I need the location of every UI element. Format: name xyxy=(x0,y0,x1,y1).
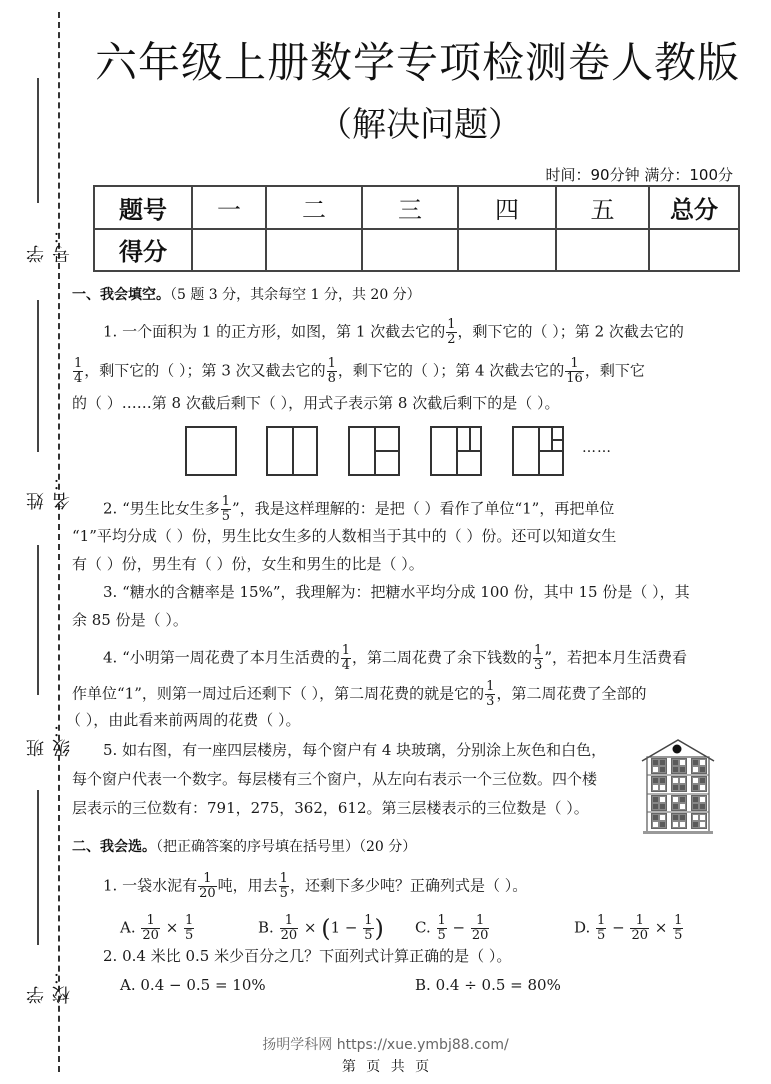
class-line xyxy=(37,545,39,695)
cut-line xyxy=(58,12,60,1072)
student-id-label: 学号： xyxy=(24,213,52,263)
score-cell-5[interactable] xyxy=(556,229,649,272)
window-pane xyxy=(699,796,706,803)
text: ，还剩下多少吨？正确列式是（ ）。 xyxy=(290,877,527,895)
denominator: 3 xyxy=(485,695,495,709)
s1-q5-line-2: 每个窗户代表一个数字。每层楼有三个窗户，从左向右表示一个三位数。四个楼 xyxy=(72,769,597,789)
option-label: A. xyxy=(120,976,136,994)
score-cell-total[interactable] xyxy=(649,229,739,272)
s1-q1-line-3: 的（ ）……第 8 次截后剩下（ ），用式子表示第 8 次截后剩下的是（ ）。 xyxy=(72,393,559,413)
window-pane xyxy=(699,777,706,784)
s1-q1-line-2: 14，剩下它的（ ）；第 3 次又截去它的18，剩下它的（ ）；第 4 次截去它… xyxy=(72,357,645,386)
score-cell-1[interactable] xyxy=(192,229,266,272)
numerator: 1 xyxy=(673,914,683,929)
denominator: 5 xyxy=(437,929,447,943)
text: 4. “小明第一周花费了本月生活费的 xyxy=(103,649,340,667)
fraction: 120 xyxy=(630,914,649,943)
s2-q2-option-a[interactable]: A. 0.4 − 0.5 = 10% xyxy=(120,975,266,995)
window-pane xyxy=(679,814,686,821)
text: ，剩下它的（ ）；第 2 次截去它的 xyxy=(458,323,684,341)
window-pane xyxy=(692,796,699,803)
fraction-1-3: 13 xyxy=(485,680,495,709)
section-2-number: 二、 xyxy=(72,839,100,855)
window-pane xyxy=(659,821,666,828)
denominator: 8 xyxy=(327,372,337,386)
fraction-1-4: 14 xyxy=(341,644,351,673)
text: 1. 一个面积为 1 的正方形，如图，第 1 次截去它的 xyxy=(103,323,445,341)
s1-q3-line-2: 余 85 份是（ ）。 xyxy=(72,610,188,630)
numerator: 1 xyxy=(280,914,299,929)
header-cell-3: 三 xyxy=(362,186,458,229)
denominator: 2 xyxy=(446,333,456,347)
denominator: 5 xyxy=(673,929,683,943)
header-cell-1: 一 xyxy=(192,186,266,229)
fraction-1-8: 18 xyxy=(327,357,337,386)
text: ，剩下它 xyxy=(585,362,645,380)
school-label: 学校： xyxy=(24,952,52,1004)
fraction: 15 xyxy=(363,914,373,943)
class-field[interactable]: 班级： xyxy=(22,545,52,760)
student-id-line xyxy=(37,78,39,203)
text: 2. “男生比女生多 xyxy=(103,500,220,518)
section-2-title: 我会选。 xyxy=(100,839,156,855)
window-pane xyxy=(652,777,659,784)
header-cell-total: 总分 xyxy=(649,186,739,229)
numerator: 1 xyxy=(630,914,649,929)
window-pane xyxy=(679,821,686,828)
s2-q2-option-b[interactable]: B. 0.4 ÷ 0.5 = 80% xyxy=(415,975,561,995)
section-1-heading: 一、我会填空。（5 题 3 分，其余每空 1 分，共 20 分） xyxy=(72,284,421,304)
denominator: 3 xyxy=(533,659,543,673)
window-pane xyxy=(652,759,659,766)
s2-q1-option-d[interactable]: D. 15 − 120 × 15 xyxy=(574,914,684,943)
numerator: 1 xyxy=(341,644,351,659)
window-pane xyxy=(652,796,659,803)
denominator: 5 xyxy=(363,929,373,943)
s2-q1-option-a[interactable]: A. 120 × 15 xyxy=(120,914,195,943)
building-window xyxy=(671,758,687,774)
window-pane xyxy=(699,814,706,821)
footer-url: 扬明学科网 https://xue.ymbj88.com/ xyxy=(0,1034,771,1054)
text: ，第二周花费了余下钱数的 xyxy=(352,649,532,667)
option-label: B. xyxy=(415,976,431,994)
s1-q2-line-1: 2. “男生比女生多15”，我是这样理解的：是把（ ）看作了单位“1”，再把单位 xyxy=(103,495,614,524)
s1-q2-line-2: “1”平均分成（ ）份，男生比女生多的人数相当于其中的（ ）份。还可以知道女生 xyxy=(72,526,616,546)
s1-q3-line-1: 3. “糖水的含糖率是 15%”，我理解为：把糖水平均分成 100 份，其中 1… xyxy=(103,582,690,602)
score-cell-2[interactable] xyxy=(266,229,362,272)
header-cell-5: 五 xyxy=(556,186,649,229)
window-pane xyxy=(659,814,666,821)
numerator: 1 xyxy=(565,357,584,372)
window-pane xyxy=(692,784,699,791)
s1-q5-line-3: 层表示的三位数有：791，275，362，612。第三层楼表示的三位数是（ ）。 xyxy=(72,798,589,818)
window-pane xyxy=(659,784,666,791)
option-label: D. xyxy=(574,919,590,937)
header-cell-2: 二 xyxy=(266,186,362,229)
denominator: 4 xyxy=(341,659,351,673)
s1-q2-line-3: 有（ ）份，男生有（ ）份，女生和男生的比是（ ）。 xyxy=(72,554,424,574)
section-1-note: （5 题 3 分，其余每空 1 分，共 20 分） xyxy=(170,287,421,303)
text: 作单位“1”，则第一周过后还剩下（ ），第二周花费的就是它的 xyxy=(72,685,484,703)
building-window xyxy=(691,813,707,829)
numerator: 1 xyxy=(471,914,490,929)
window-pane xyxy=(672,796,679,803)
fraction: 120 xyxy=(471,914,490,943)
window-pane xyxy=(659,759,666,766)
option-expr: 0.4 ÷ 0.5 = 80% xyxy=(436,976,561,994)
window-pane xyxy=(672,784,679,791)
window-pane xyxy=(652,814,659,821)
denominator: 20 xyxy=(471,929,490,943)
fraction: 120 xyxy=(280,914,299,943)
section-2-note: （把正确答案的序号填在括号里）（20 分） xyxy=(156,839,416,855)
window-pane xyxy=(692,777,699,784)
square-step-0 xyxy=(185,426,237,476)
class-label: 班级： xyxy=(24,705,52,757)
fraction: 15 xyxy=(673,914,683,943)
fraction-1-3: 13 xyxy=(533,644,543,673)
building-window xyxy=(651,813,667,829)
window-pane xyxy=(699,784,706,791)
window-pane xyxy=(692,766,699,773)
page-subtitle: （解决问题） xyxy=(300,97,540,146)
window-pane xyxy=(692,759,699,766)
window-pane xyxy=(659,803,666,810)
window-pane xyxy=(672,814,679,821)
window-pane xyxy=(679,784,686,791)
s2-q2-line: 2. 0.4 米比 0.5 米少百分之几？下面列式计算正确的是（ ）。 xyxy=(103,946,511,966)
text: ，剩下它的（ ）；第 3 次又截去它的 xyxy=(84,362,325,380)
window-pane xyxy=(672,777,679,784)
denominator: 20 xyxy=(141,929,160,943)
fraction-1-4: 14 xyxy=(73,357,83,386)
fraction-1-2: 12 xyxy=(446,318,456,347)
s2-q1-line: 1. 一袋水泥有120吨，用去15，还剩下多少吨？正确列式是（ ）。 xyxy=(103,872,527,901)
numerator: 1 xyxy=(221,495,231,510)
window-pane xyxy=(679,777,686,784)
page-title: 六年级上册数学专项检测卷人教版 xyxy=(95,30,735,90)
student-name-line xyxy=(37,300,39,452)
window-pane xyxy=(672,821,679,828)
building-window xyxy=(671,795,687,811)
square-step-3 xyxy=(430,426,482,476)
fraction: 120 xyxy=(141,914,160,943)
window-pane xyxy=(659,766,666,773)
square-step-2 xyxy=(348,426,400,476)
window-pane xyxy=(699,759,706,766)
header-cell-question-no: 题号 xyxy=(94,186,192,229)
numerator: 1 xyxy=(437,914,447,929)
square-step-1 xyxy=(266,426,318,476)
time-info: 时间：90分钟 满分：100分 xyxy=(546,164,734,185)
window-pane xyxy=(699,766,706,773)
denominator: 5 xyxy=(184,929,194,943)
score-row-label: 得分 xyxy=(94,229,192,272)
window-pane xyxy=(672,766,679,773)
window-pane xyxy=(659,777,666,784)
numerator: 1 xyxy=(327,357,337,372)
option-label: C. xyxy=(415,919,431,937)
window-pane xyxy=(652,803,659,810)
s2-q1-option-c[interactable]: C. 15 − 120 xyxy=(415,914,490,943)
window-pane xyxy=(652,821,659,828)
numerator: 1 xyxy=(198,872,217,887)
section-1-title: 我会填空。 xyxy=(100,287,170,303)
fraction-1-5: 15 xyxy=(279,872,289,901)
numerator: 1 xyxy=(446,318,456,333)
student-name-label: 姓名： xyxy=(24,460,52,510)
text: ，剩下它的（ ）；第 4 次截去它的 xyxy=(338,362,564,380)
building-window xyxy=(691,795,707,811)
window-pane xyxy=(699,821,706,828)
window-pane xyxy=(652,766,659,773)
window-pane xyxy=(672,759,679,766)
window-pane xyxy=(679,803,686,810)
student-id-field[interactable]: 学号： xyxy=(22,78,52,258)
text: 1. 一袋水泥有 xyxy=(103,877,197,895)
building-window xyxy=(691,758,707,774)
window-pane xyxy=(692,814,699,821)
school-line xyxy=(37,790,39,945)
square-step-4 xyxy=(512,426,564,476)
denominator: 5 xyxy=(221,510,231,524)
text: 吨，用去 xyxy=(218,877,278,895)
score-cell-4[interactable] xyxy=(458,229,556,272)
building-window xyxy=(691,776,707,792)
building-window xyxy=(671,776,687,792)
option-label: B. xyxy=(258,919,274,937)
window-pane xyxy=(679,766,686,773)
building-window xyxy=(651,776,667,792)
figure-ellipsis: …… xyxy=(582,440,612,456)
s1-q4-line-1: 4. “小明第一周花费了本月生活费的14，第二周花费了余下钱数的13”，若把本月… xyxy=(103,644,687,673)
s1-q4-line-3: （ ），由此看来前两周的花费（ ）。 xyxy=(66,710,301,730)
building-window xyxy=(671,813,687,829)
fraction: 15 xyxy=(437,914,447,943)
score-cell-3[interactable] xyxy=(362,229,458,272)
section-1-number: 一、 xyxy=(72,287,100,303)
denominator: 5 xyxy=(596,929,606,943)
denominator: 5 xyxy=(279,887,289,901)
building-window xyxy=(651,795,667,811)
school-field[interactable]: 学校： xyxy=(22,790,52,1005)
window-pane xyxy=(672,803,679,810)
s2-q1-option-b[interactable]: B. 120 × (1 − 15) xyxy=(258,914,384,943)
window-pane xyxy=(679,759,686,766)
fraction-1-20: 120 xyxy=(198,872,217,901)
numerator: 1 xyxy=(279,872,289,887)
s1-q1-line-1: 1. 一个面积为 1 的正方形，如图，第 1 次截去它的12，剩下它的（ ）；第… xyxy=(103,318,684,347)
numerator: 1 xyxy=(363,914,373,929)
section-2-heading: 二、我会选。（把正确答案的序号填在括号里）（20 分） xyxy=(72,836,416,856)
score-table-header-row: 题号 一 二 三 四 五 总分 xyxy=(94,186,739,229)
student-name-field[interactable]: 姓名： xyxy=(22,300,52,500)
denominator: 16 xyxy=(565,372,584,386)
s1-q4-line-2: 作单位“1”，则第一周过后还剩下（ ），第二周花费的就是它的13，第二周花费了全… xyxy=(72,680,646,709)
text: ”，我是这样理解的：是把（ ）看作了单位“1”，再把单位 xyxy=(232,500,614,518)
header-cell-4: 四 xyxy=(458,186,556,229)
numerator: 1 xyxy=(141,914,160,929)
score-table: 题号 一 二 三 四 五 总分 得分 xyxy=(93,185,740,272)
building-window xyxy=(651,758,667,774)
window-pane xyxy=(652,784,659,791)
numerator: 1 xyxy=(73,357,83,372)
text: ，第二周花费了全部的 xyxy=(496,685,646,703)
fraction: 15 xyxy=(596,914,606,943)
score-table-score-row: 得分 xyxy=(94,229,739,272)
fraction: 15 xyxy=(184,914,194,943)
denominator: 20 xyxy=(198,887,217,901)
s1-q5-line-1: 5. 如右图，有一座四层楼房，每个窗户有 4 块玻璃，分别涂上灰色和白色， xyxy=(103,740,606,760)
window-pane xyxy=(699,803,706,810)
denominator: 20 xyxy=(630,929,649,943)
four-storey-building-figure xyxy=(640,737,718,835)
footer-page-number: 第 页 共 页 xyxy=(0,1056,771,1076)
option-label: A. xyxy=(120,919,136,937)
text: ”，若把本月生活费看 xyxy=(544,649,687,667)
window-pane xyxy=(659,796,666,803)
fraction-1-16: 116 xyxy=(565,357,584,386)
option-expr: 0.4 − 0.5 = 10% xyxy=(140,976,265,994)
numerator: 1 xyxy=(596,914,606,929)
numerator: 1 xyxy=(184,914,194,929)
window-pane xyxy=(679,796,686,803)
denominator: 20 xyxy=(280,929,299,943)
window-pane xyxy=(692,821,699,828)
fraction-1-5: 15 xyxy=(221,495,231,524)
numerator: 1 xyxy=(533,644,543,659)
denominator: 4 xyxy=(73,372,83,386)
numerator: 1 xyxy=(485,680,495,695)
window-pane xyxy=(692,803,699,810)
